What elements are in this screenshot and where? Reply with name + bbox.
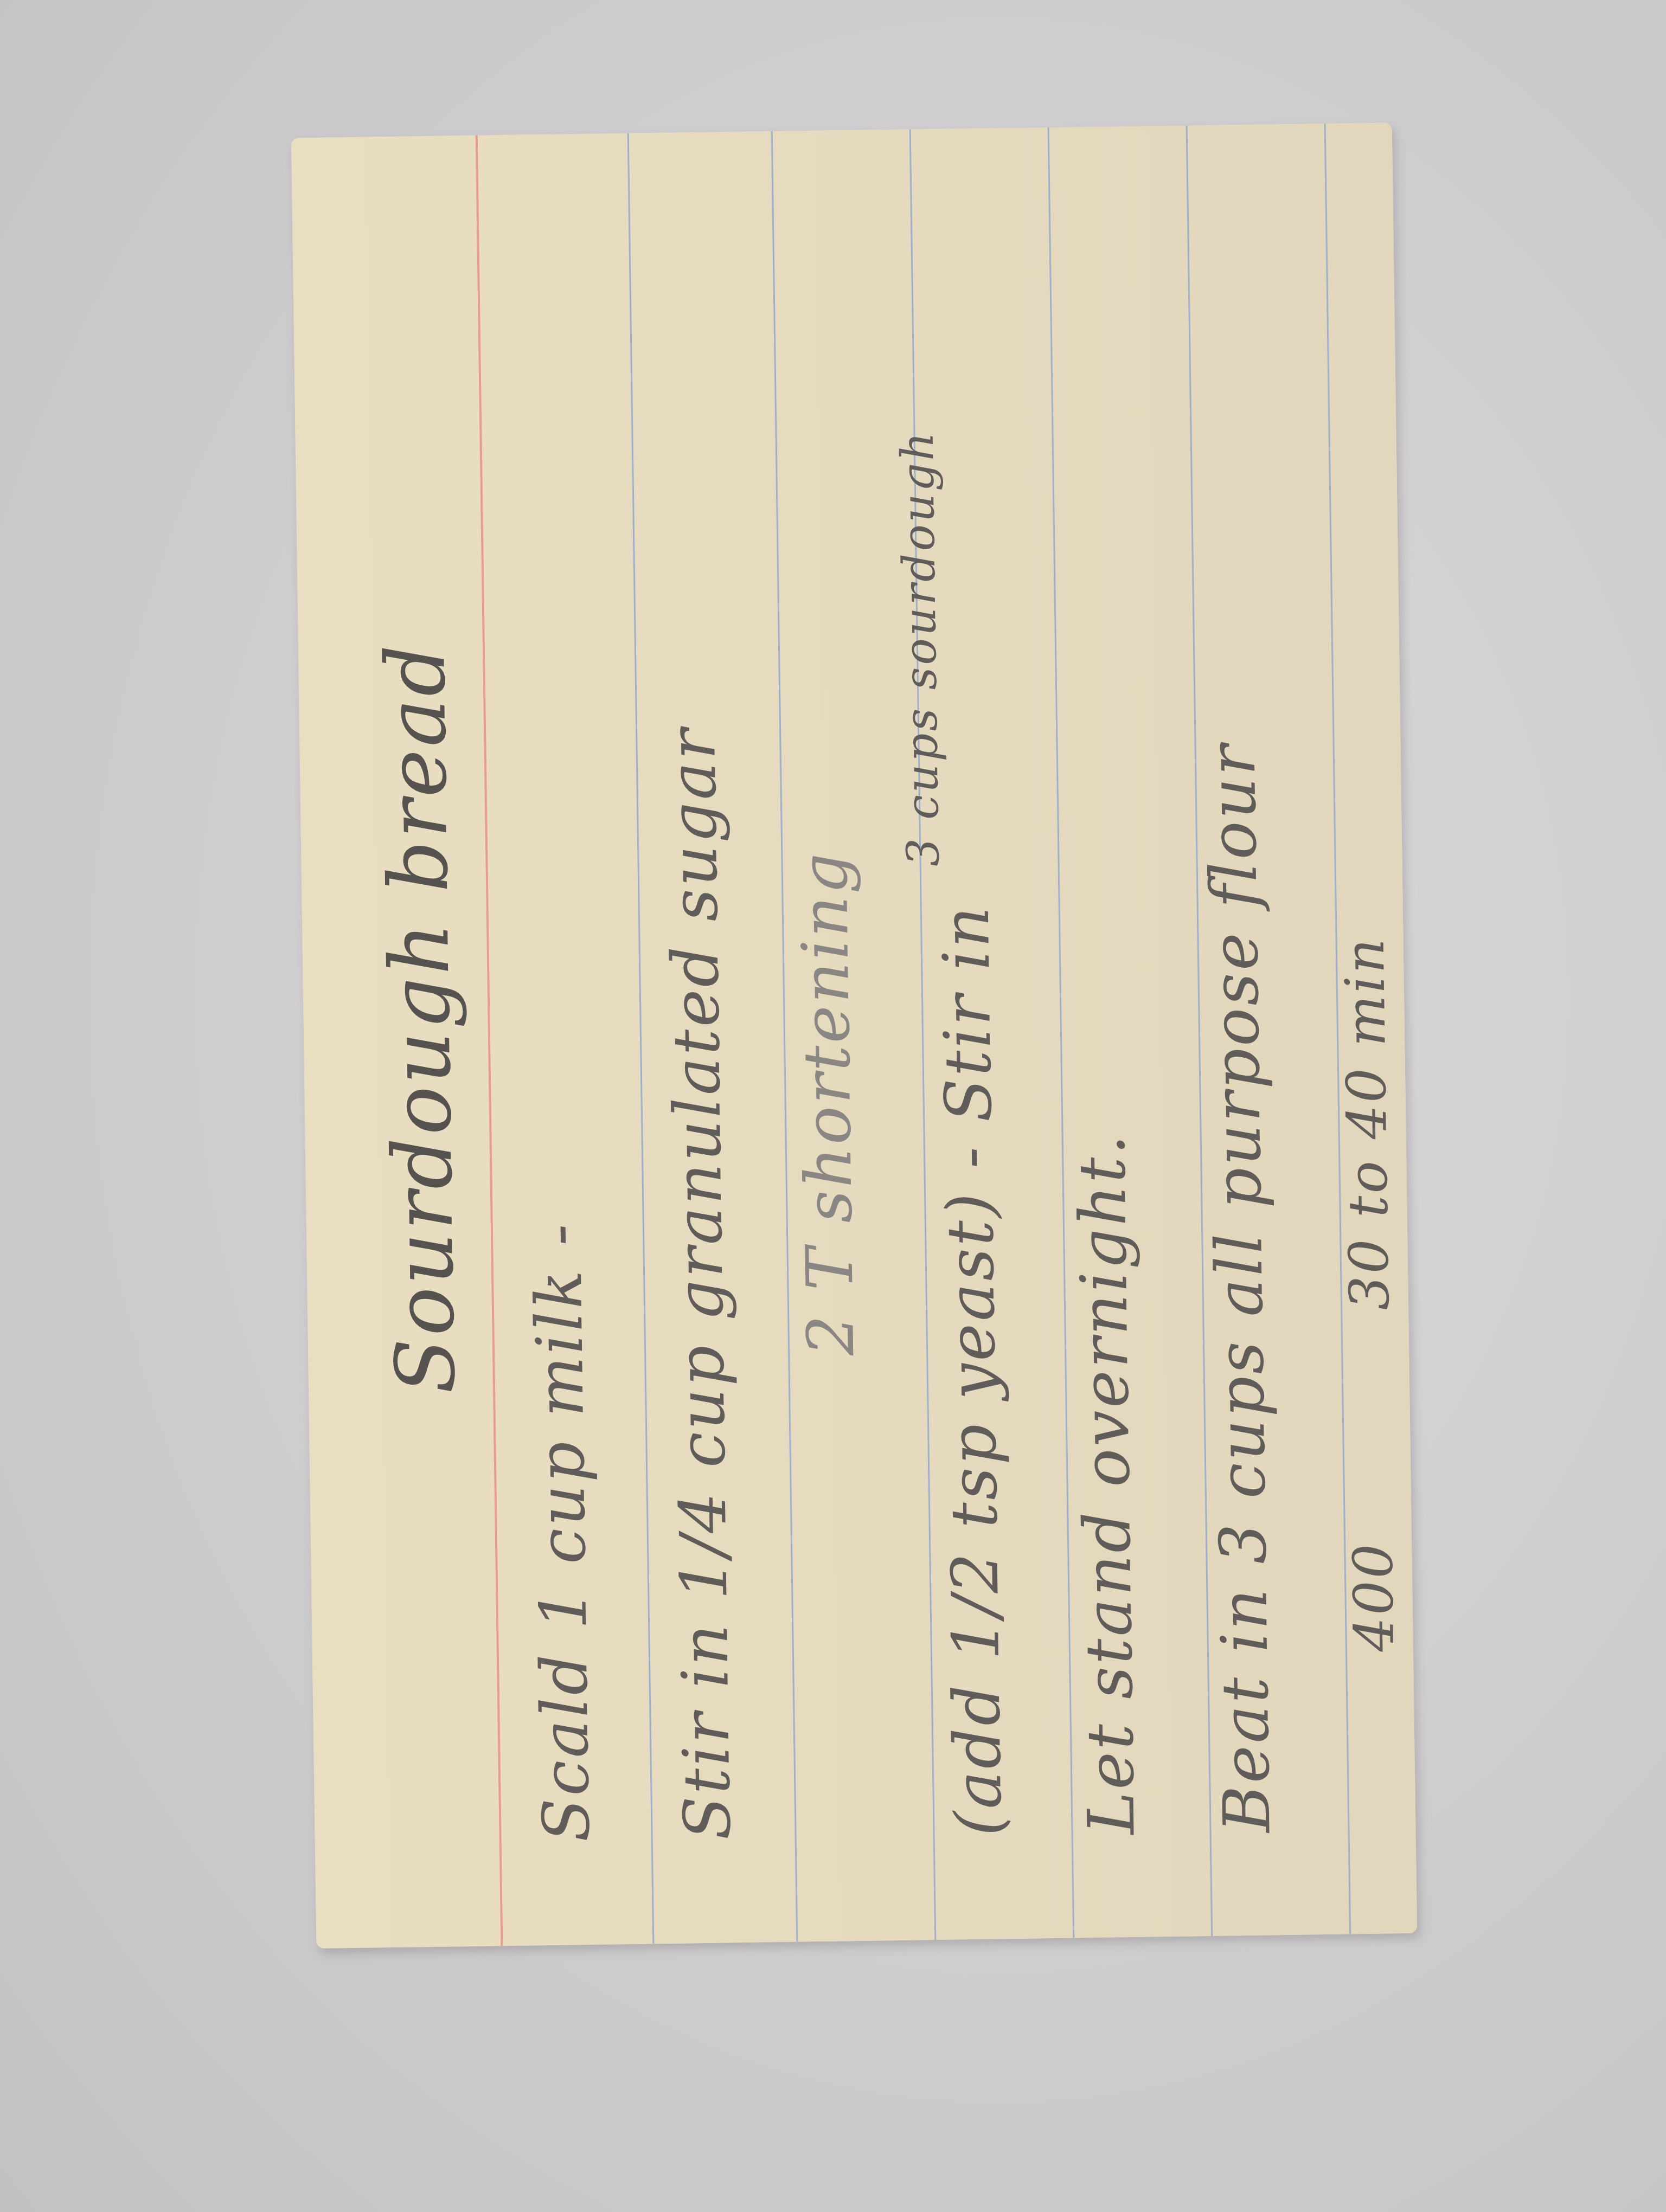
oven-temperature: 400 [1341,1541,1406,1652]
recipe-line: 2 T shortening [786,850,868,1356]
recipe-line: (add 1/2 tsp yeast) - Stir in [928,904,1016,1837]
bake-time: 30 to 40 min [1333,936,1402,1311]
recipe-line: Let stand overnight. [1065,1132,1149,1835]
recipe-line: Stir in 1/4 cup granulated sugar [655,726,745,1841]
recipe-line: Scald 1 cup milk - [521,1221,604,1843]
recipe-line: Beat in 3 cups all purpose flour [1195,742,1285,1833]
recipe-line: 3 cups sourdough [892,430,949,867]
recipe-title: Sourdough bread [369,641,473,1394]
handwriting: Sourdough bread Scald 1 cup milk - Stir … [291,123,1417,1949]
recipe-card: Sourdough bread Scald 1 cup milk - Stir … [291,123,1417,1949]
